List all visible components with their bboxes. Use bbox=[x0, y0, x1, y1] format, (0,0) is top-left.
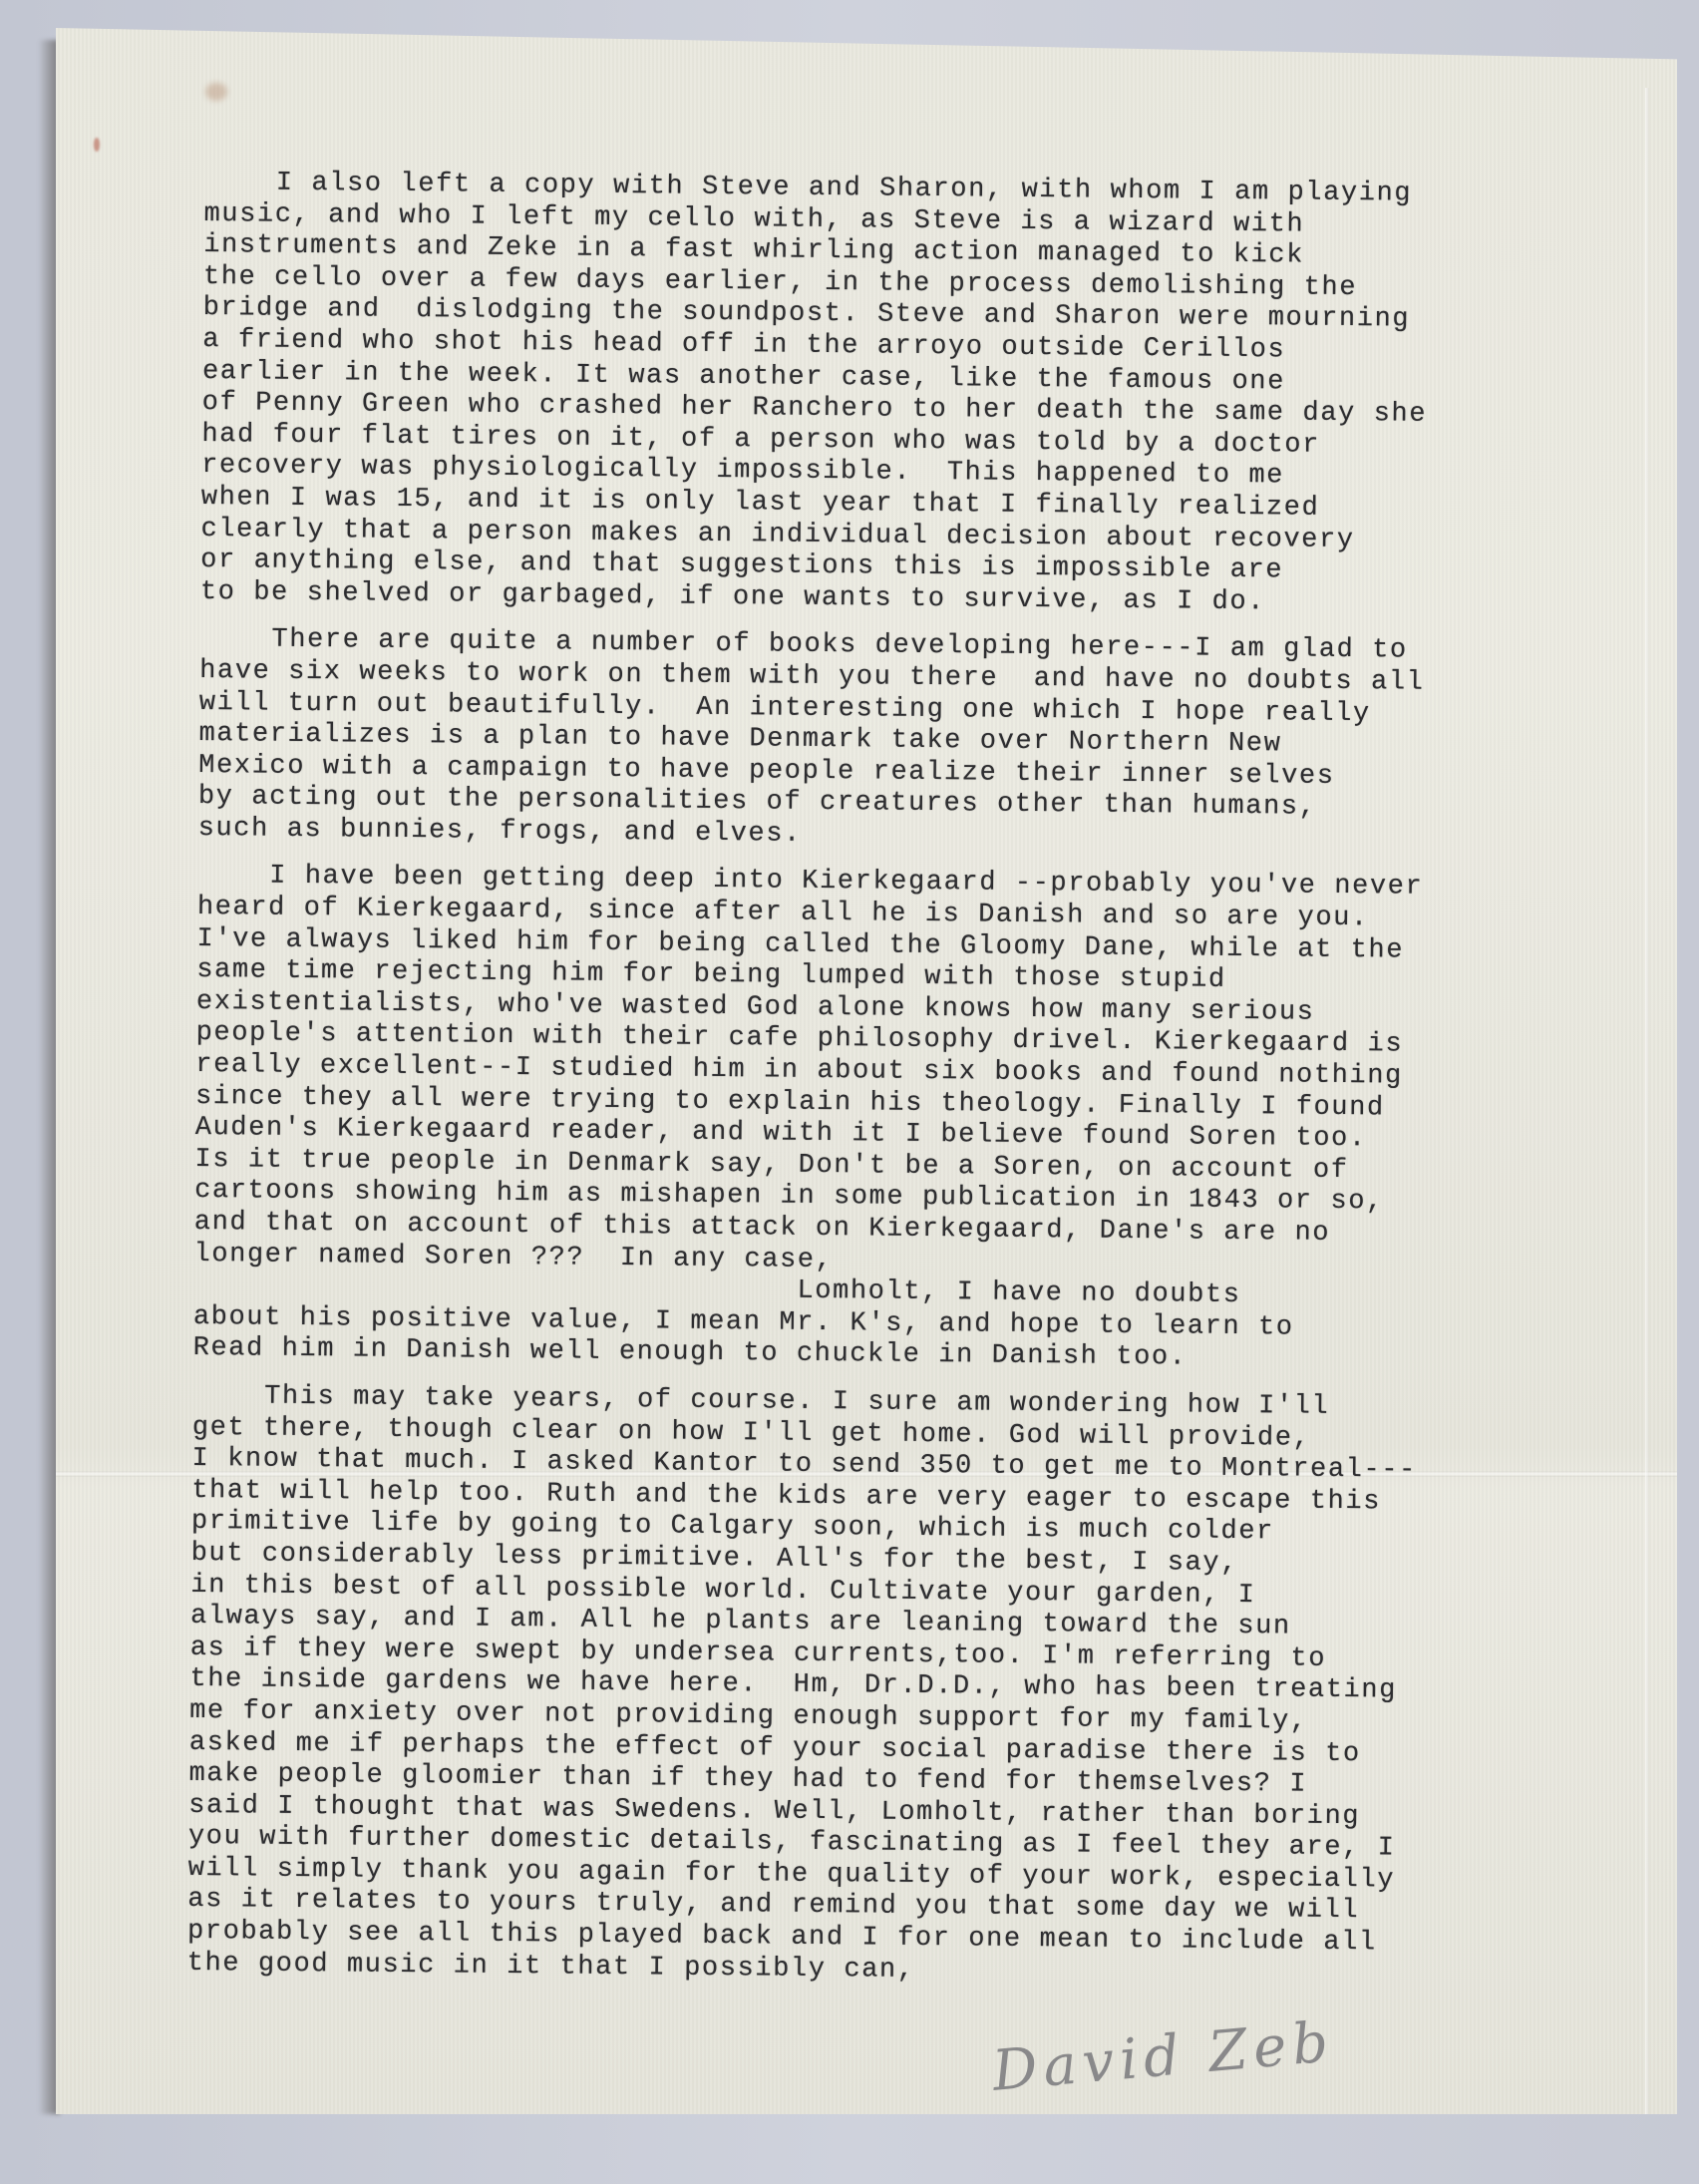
paragraph-3: I have been getting deep into Kierkegaar… bbox=[192, 861, 1543, 1377]
paragraph-1: I also left a copy with Steve and Sharon… bbox=[200, 168, 1550, 621]
edge-crease bbox=[1645, 88, 1649, 2114]
paragraph-4: This may take years, of course. I sure a… bbox=[187, 1381, 1539, 1993]
letter-body: I also left a copy with Steve and Sharon… bbox=[186, 168, 1550, 2008]
paper-mark bbox=[94, 138, 100, 152]
paragraph-2: There are quite a number of books develo… bbox=[197, 624, 1545, 858]
paper-stain bbox=[205, 83, 227, 101]
